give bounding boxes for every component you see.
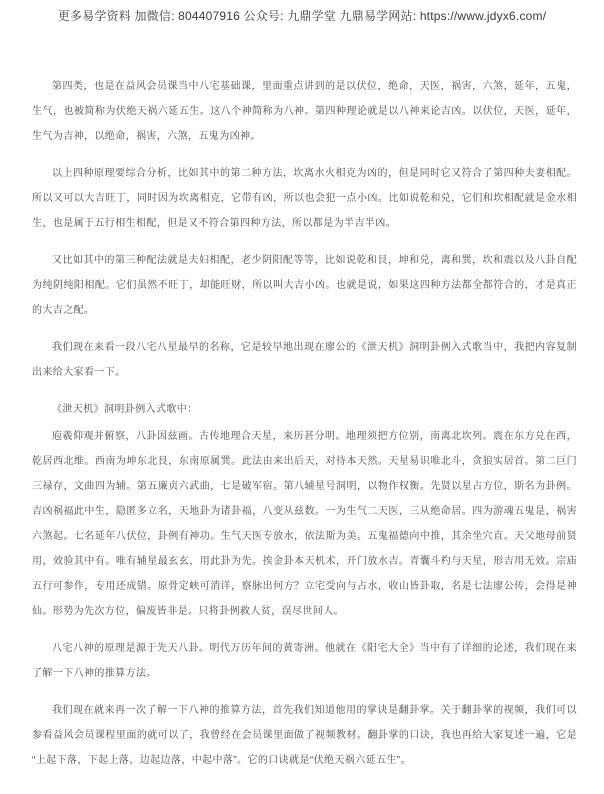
- paragraph-combined-analysis: 以上四种原理要综合分析，比如其中的第二种方法，坎离水火相克为凶的，但是同时它又符…: [32, 161, 577, 236]
- paragraph-earliest-names-intro: 我们现在来看一段八宅八星最早的名称，它是较早地出现在廖公的《泄天机》洞明卦例入式…: [32, 335, 577, 385]
- document-body: 第四类，也是在益风会员课当中八宅基础课，里面重点讲到的是以伏位，绝命，天医，祸害…: [32, 74, 577, 773]
- paragraph-verse-text: 庖羲仰观并俯察，八卦因兹画。古传地理合天星，来历甚分明。地理须把方位别，南离北坎…: [32, 424, 577, 624]
- document-page: 更多易学资料 加微信: 804407916 公众号: 九鼎学堂 九鼎易学网站: …: [0, 0, 604, 794]
- document-header: 更多易学资料 加微信: 804407916 公众号: 九鼎学堂 九鼎易学网站: …: [0, 0, 604, 24]
- paragraph-verse-heading: 《泄天机》洞明卦例入式歌中：: [32, 397, 577, 422]
- website-url-text: https://www.jdyx6.com/: [420, 9, 546, 23]
- paragraph-origin-xiantian: 八宅八神的原理是源于先天八卦。明代万历年间的黄寄洲。他就在《阳宅大全》当中有了详…: [32, 636, 577, 686]
- paragraph-palm-formula: 我们现在就来再一次了解一下八神的推算方法，首先我们知道他用的掌诀是翻卦掌。关于翻…: [32, 698, 577, 773]
- paragraph-four-types: 第四类，也是在益风会员课当中八宅基础课，里面重点讲到的是以伏位，绝命，天医，祸害…: [32, 74, 577, 149]
- paragraph-third-method: 又比如其中的第三种配法就是夫妇相配，老少阴阳配等等，比如说乾和艮，坤和兑，离和巽…: [32, 248, 577, 323]
- header-text: 更多易学资料 加微信: 804407916 公众号: 九鼎学堂 九鼎易学网站:: [58, 9, 420, 23]
